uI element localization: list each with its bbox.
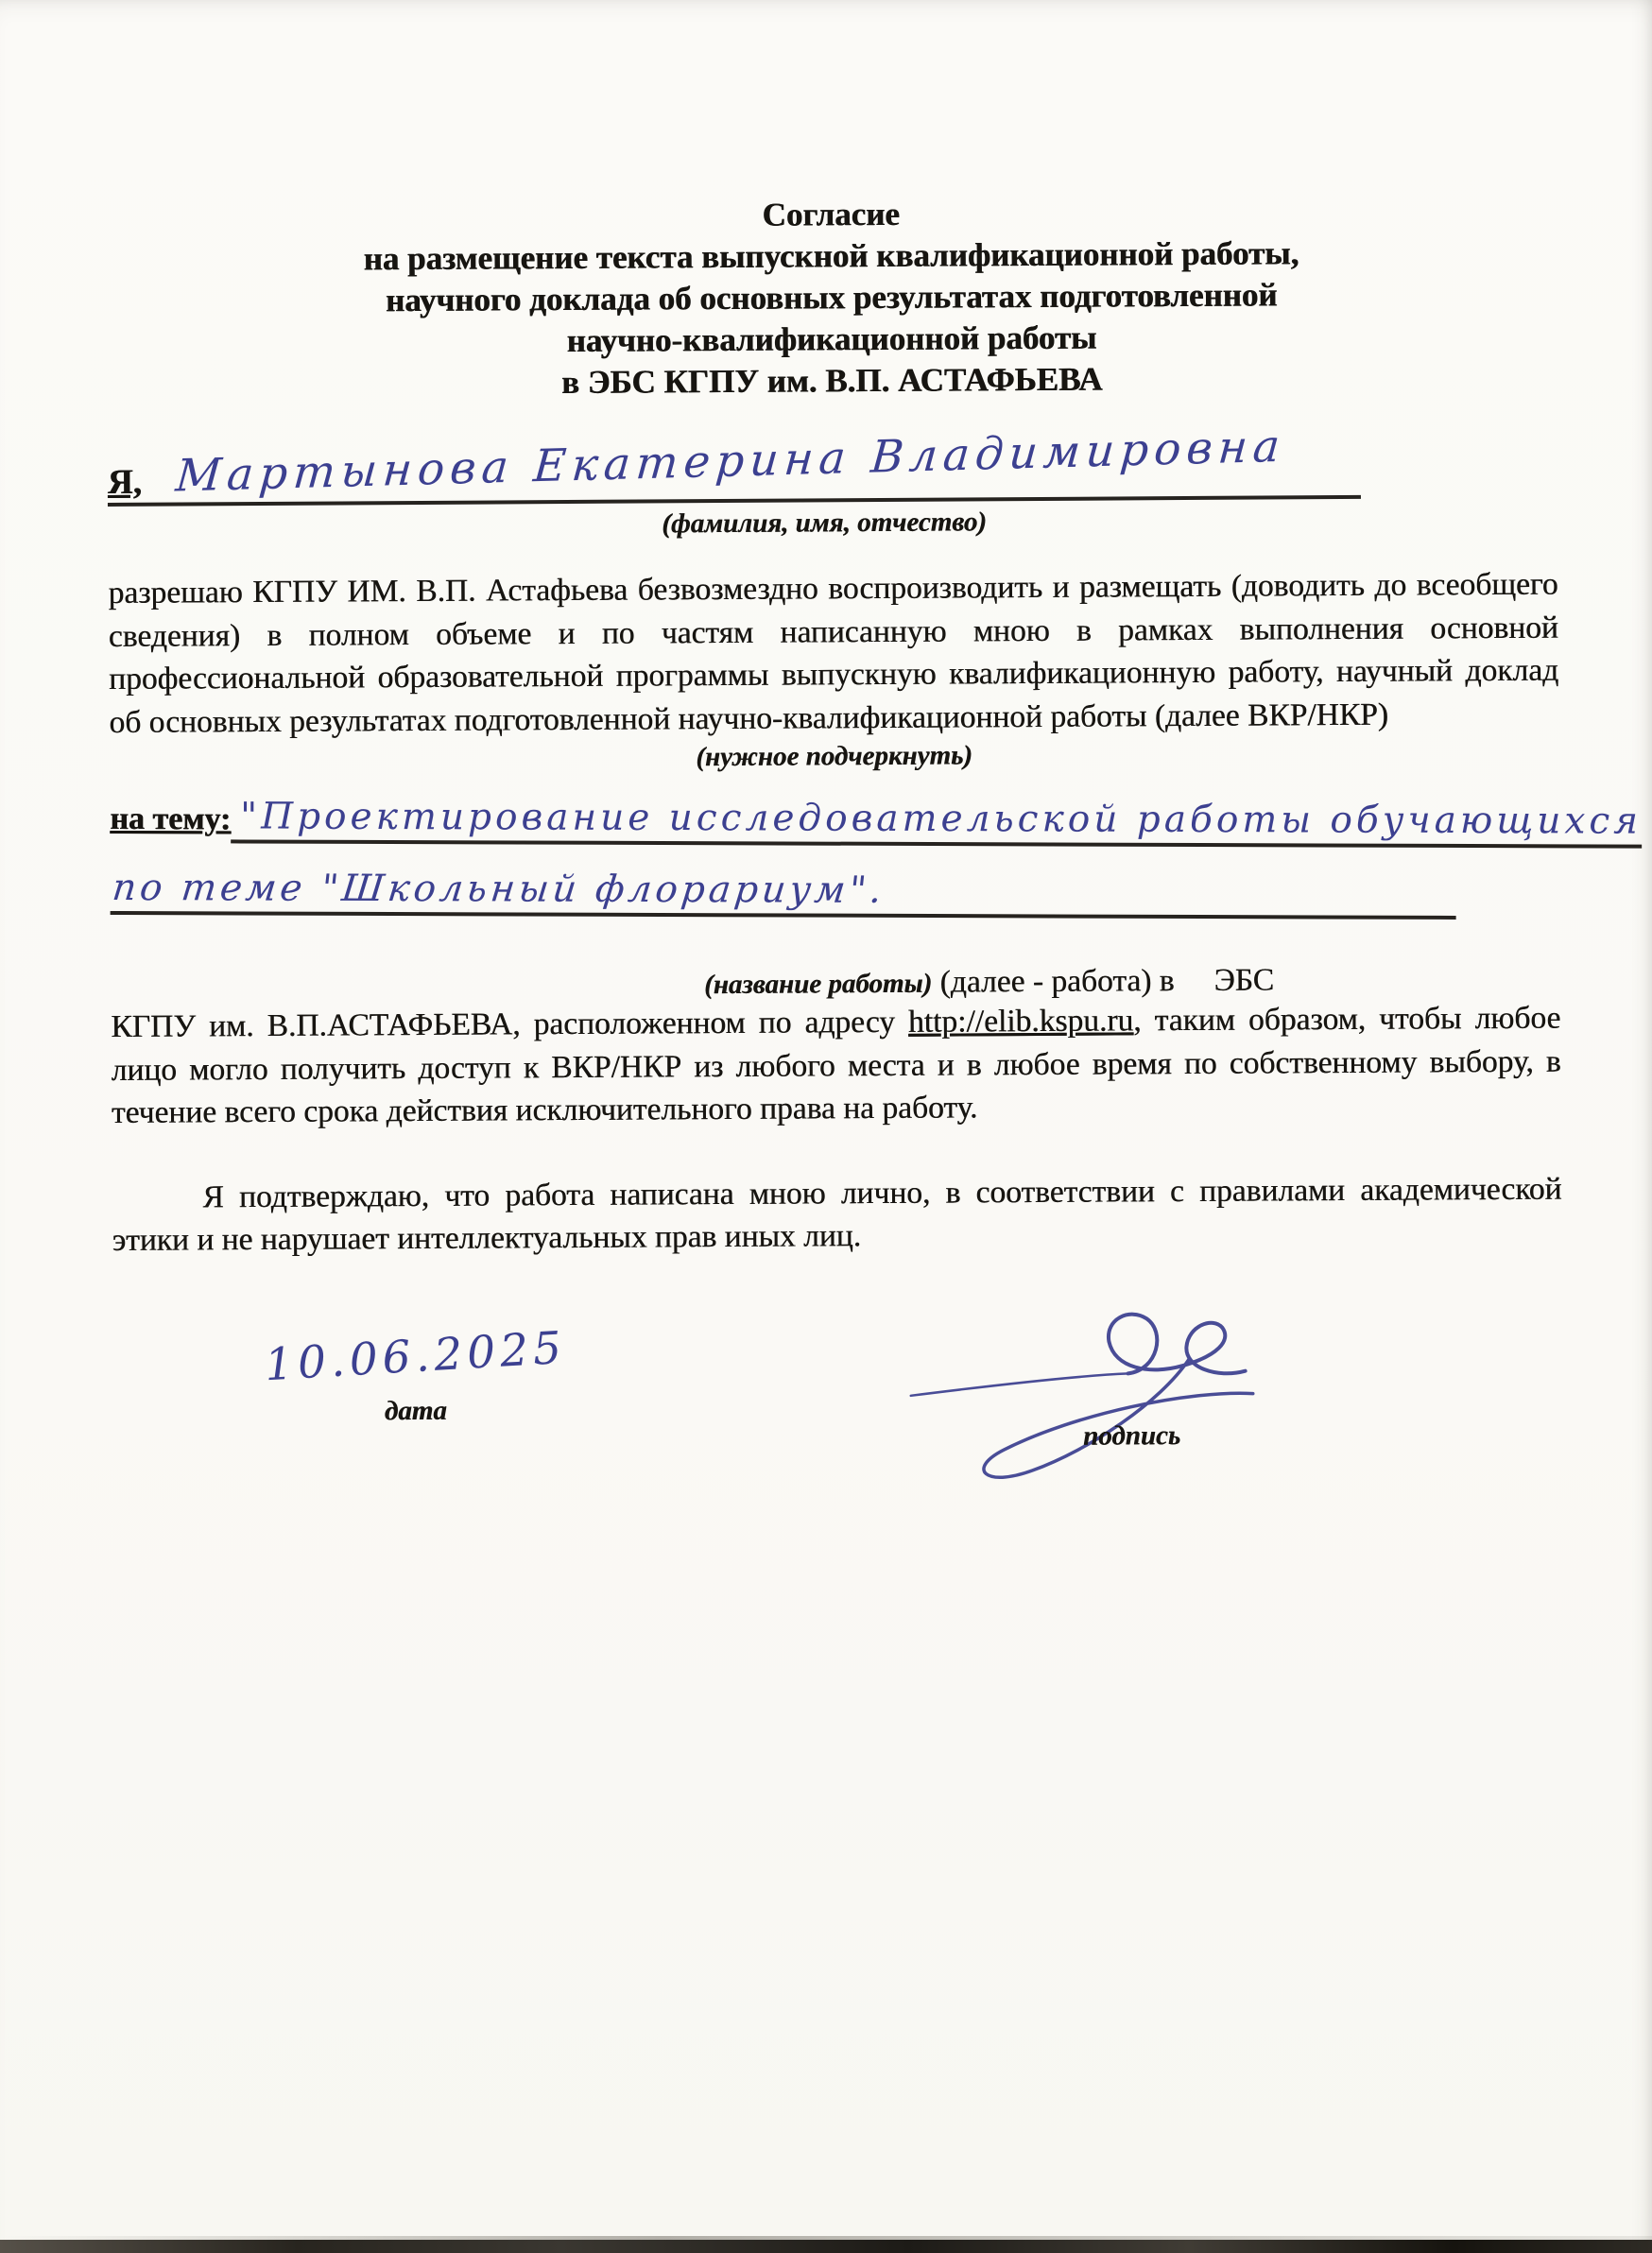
- access-paragraph: КГПУ им. В.П.АСТАФЬЕВА, расположенном по…: [111, 997, 1561, 1135]
- topic-line-1: на тему: "Проектирование исследовательск…: [110, 784, 1384, 848]
- scanner-edge-artifact: [0, 2240, 1652, 2253]
- handwritten-topic-line-1: "Проектирование исследовательской работы…: [240, 795, 1642, 842]
- signature-ink: [904, 1298, 1302, 1519]
- work-title-caption: (название работы): [704, 969, 932, 1000]
- signature-block: подпись: [904, 1298, 1302, 1519]
- document-footer: 10.06.2025 дата подпись: [112, 1323, 1563, 1539]
- handwritten-date: 10.06.2025: [263, 1321, 568, 1391]
- topic-line-2: по теме "Школьный флорариум".: [111, 858, 1456, 920]
- fio-caption: (фамилия, имя, отчество): [108, 505, 1361, 543]
- title-line-5: в ЭБС КГПУ им. В.П. АСТАФЬЕВА: [107, 356, 1557, 406]
- signature-label: подпись: [1083, 1420, 1180, 1453]
- confirmation-paragraph: Я подтверждаю, что работа написана мною …: [112, 1167, 1562, 1262]
- date-label: дата: [265, 1395, 567, 1428]
- access-text-before-url: КГПУ им. В.П.АСТАФЬЕВА, расположенном по…: [111, 1005, 908, 1044]
- topic-label: на тему:: [110, 801, 231, 843]
- scanned-consent-document: Согласие на размещение текста выпускной …: [0, 0, 1652, 2253]
- ebs-label: ЭБС: [1213, 962, 1274, 997]
- declarant-name-line: Я, Мартынова Екатерина Владимировна: [107, 414, 1361, 507]
- topic-underline-1: "Проектирование исследовательской работы…: [231, 795, 1642, 848]
- underline-note: (нужное подчеркнуть): [110, 737, 1559, 777]
- elib-url: http://elib.kspu.ru: [908, 1003, 1133, 1039]
- document-title-block: Согласие на размещение текста выпускной …: [106, 190, 1557, 406]
- declarant-prefix: Я,: [108, 462, 142, 503]
- handwritten-full-name: Мартынова Екатерина Владимировна: [174, 421, 1287, 503]
- date-block: 10.06.2025 дата: [264, 1330, 567, 1428]
- handwritten-topic-line-2: по теме "Школьный флорариум".: [111, 867, 887, 912]
- work-caption-suffix: (далее - работа) в: [932, 963, 1175, 1000]
- permission-paragraph: разрешаю КГПУ ИМ. В.П. Астафьева безвозм…: [108, 563, 1558, 744]
- document-content: Согласие на размещение текста выпускной …: [106, 190, 1564, 1540]
